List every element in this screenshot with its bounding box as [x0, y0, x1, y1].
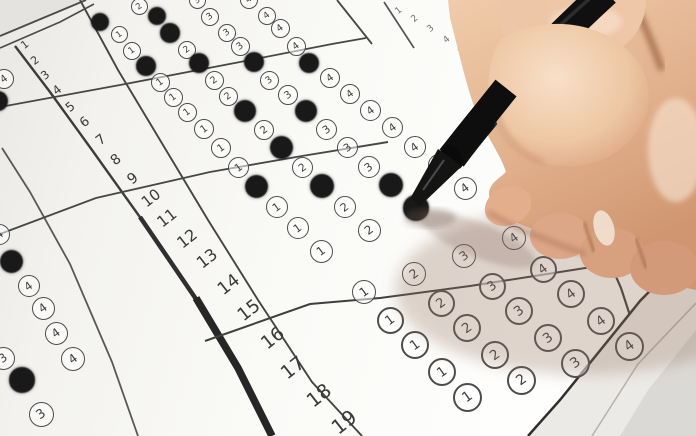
photo-scene: 1234213431344234513461247123813491241013… [0, 0, 696, 436]
hand-and-pen [0, 0, 696, 436]
